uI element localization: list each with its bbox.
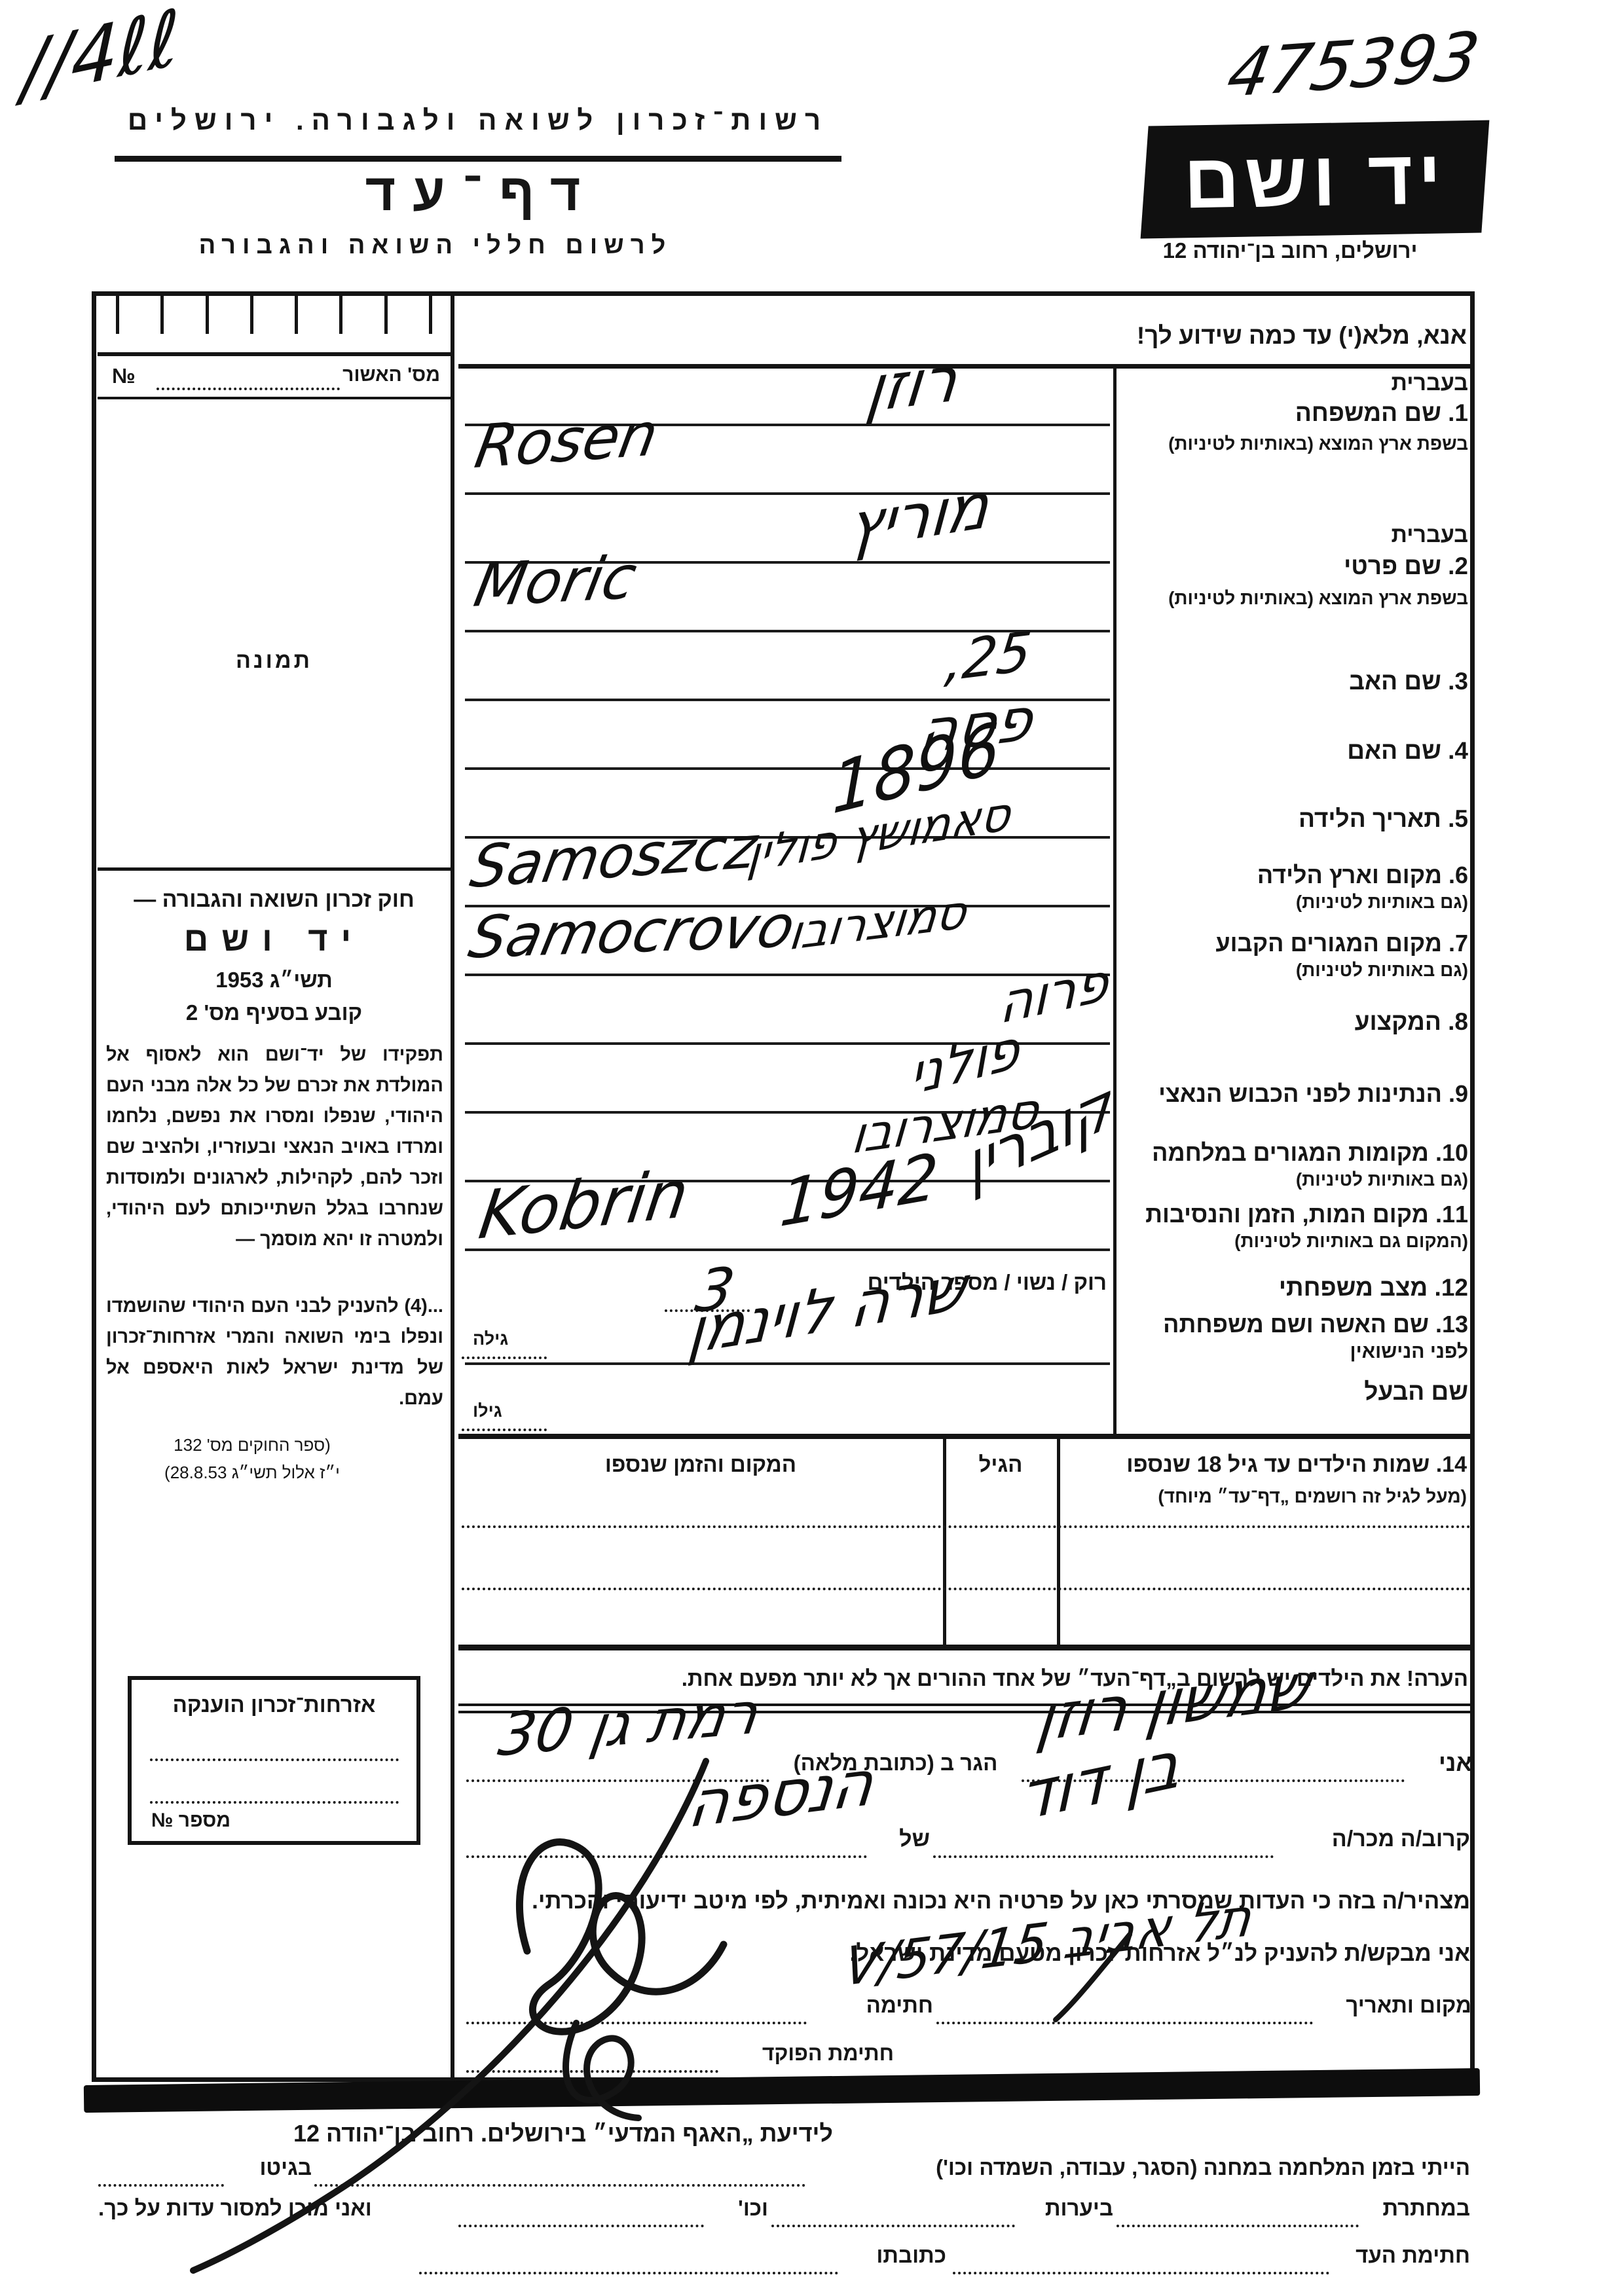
handwriting-serial-number: 475393	[1223, 23, 1484, 107]
handwriting-birth-place-latin: Samoszcz	[466, 818, 762, 897]
handwriting-first-name-hebrew: מוריץ	[845, 474, 991, 560]
handwriting-layer: 4ℓℓ//475393רוזןRosenמוריץMoric25,פסה1896…	[0, 0, 1624, 2296]
page-of-testimony-scan: רשות־זכרון לשואה ולגבורה. ירושלים דף־עד …	[0, 0, 1624, 2296]
handwriting-residence-latin: Samocrovo	[464, 898, 800, 967]
handwriting-death-place-latin: Kobrin	[475, 1161, 693, 1249]
handwriting-first-name-latin: Moric	[470, 548, 641, 616]
handwriting-father-name: 25,	[943, 625, 1035, 690]
handwriting-place-and-date: תל אביב 15/V/57	[841, 1891, 1254, 1994]
handwriting-family-name-hebrew: רוזן	[863, 348, 961, 422]
handwriting-witness-address: רמת גן 30	[495, 1684, 762, 1765]
handwriting-residence-hebrew: סמוצרובו	[786, 888, 969, 957]
handwriting-family-name-latin: Rosen	[471, 405, 662, 478]
handwriting-file-mark: 4ℓℓ//	[20, 0, 180, 110]
handwriting-death-year: 1942	[778, 1144, 940, 1237]
handwriting-relationship-of: הנספה	[685, 1751, 877, 1838]
